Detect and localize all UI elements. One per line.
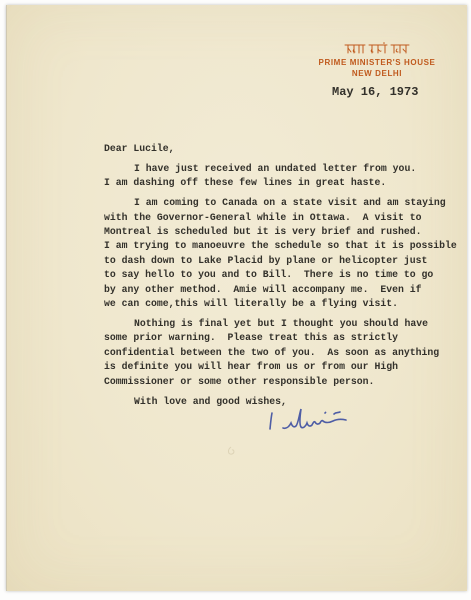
paper-stain-mark — [217, 443, 247, 468]
letter-line: I am trying to manoeuvre the schedule so… — [104, 239, 460, 253]
handwritten-signature — [263, 404, 355, 445]
letter-line: Nothing is final yet but I thought you s… — [104, 317, 460, 331]
letter-line: I am coming to Canada on a state visit a… — [104, 196, 460, 210]
letterhead-line2: NEW DELHI — [301, 68, 453, 79]
letter-line: Montreal is scheduled but it is very bri… — [104, 225, 460, 239]
letter-line: some prior warning. Please treat this as… — [104, 331, 460, 345]
letter-line: with the Governor-General while in Ottaw… — [104, 211, 460, 225]
salutation: Dear Lucile, — [104, 142, 460, 156]
hindi-letterhead-text — [344, 42, 410, 55]
letter-date: May 16, 1973 — [332, 85, 418, 99]
paragraph: I have just received an undated letter f… — [104, 162, 460, 191]
letterhead: PRIME MINISTER'S HOUSE NEW DELHI — [301, 42, 453, 79]
letter-line: is definite you will hear from us or fro… — [104, 360, 460, 374]
letter-line: confidential between the two of you. As … — [104, 346, 460, 360]
letter-paragraphs: I have just received an undated letter f… — [104, 162, 460, 409]
letterhead-line1: PRIME MINISTER'S HOUSE — [301, 57, 453, 68]
paragraph: Nothing is final yet but I thought you s… — [104, 317, 460, 389]
letter-line: Commissioner or some other responsible p… — [104, 375, 460, 389]
paragraph: I am coming to Canada on a state visit a… — [104, 196, 460, 311]
photo-background: PRIME MINISTER'S HOUSE NEW DELHI May 16,… — [0, 0, 471, 600]
letter-line: to say hello to you and to Bill. There i… — [104, 268, 460, 282]
letter-body: Dear Lucile, I have just received an und… — [104, 142, 460, 414]
letter-line: I have just received an undated letter f… — [104, 162, 460, 176]
letter-line: I am dashing off these few lines in grea… — [104, 176, 460, 190]
letter-line: by any other method. Amie will accompany… — [104, 283, 460, 297]
letter-line: we can come,this will literally be a fly… — [104, 297, 460, 311]
letter-line: to dash down to Lake Placid by plane or … — [104, 254, 460, 268]
letter-paper: PRIME MINISTER'S HOUSE NEW DELHI May 16,… — [6, 5, 467, 591]
